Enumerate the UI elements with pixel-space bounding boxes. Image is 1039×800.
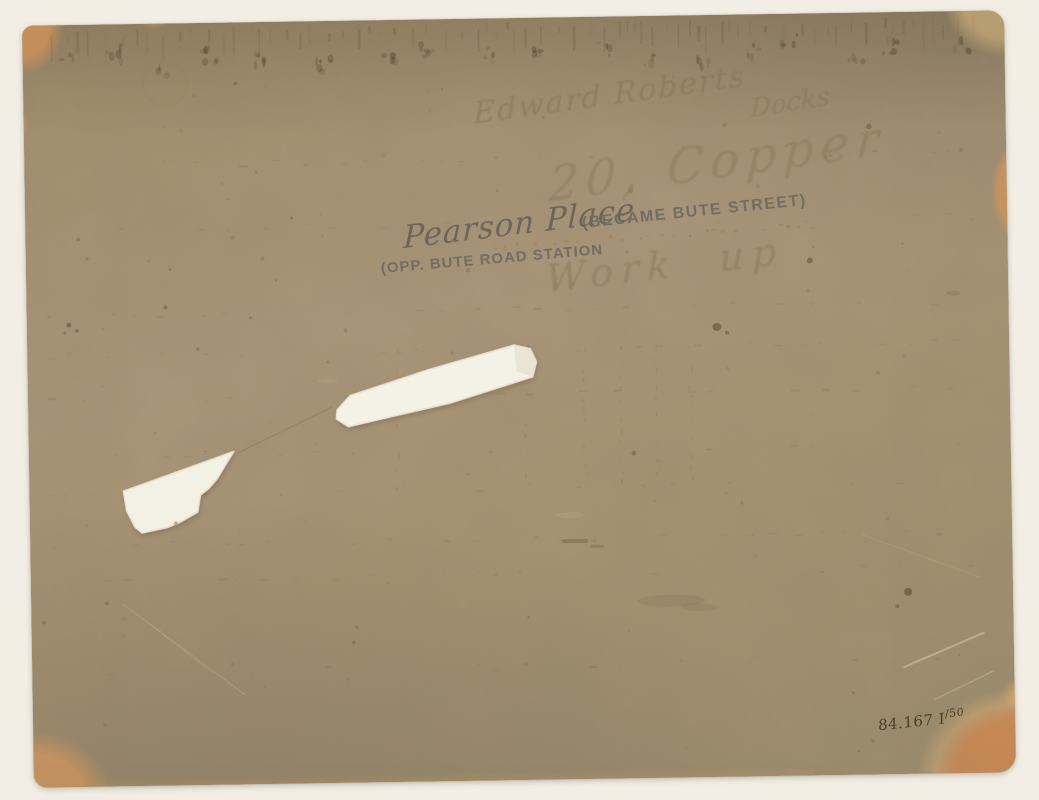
scan-backdrop: Edward Roberts Docks 20, Copper Pearson … (0, 0, 1039, 800)
board-texture (22, 10, 1016, 787)
mount-board-back: Edward Roberts Docks 20, Copper Pearson … (22, 10, 1016, 787)
